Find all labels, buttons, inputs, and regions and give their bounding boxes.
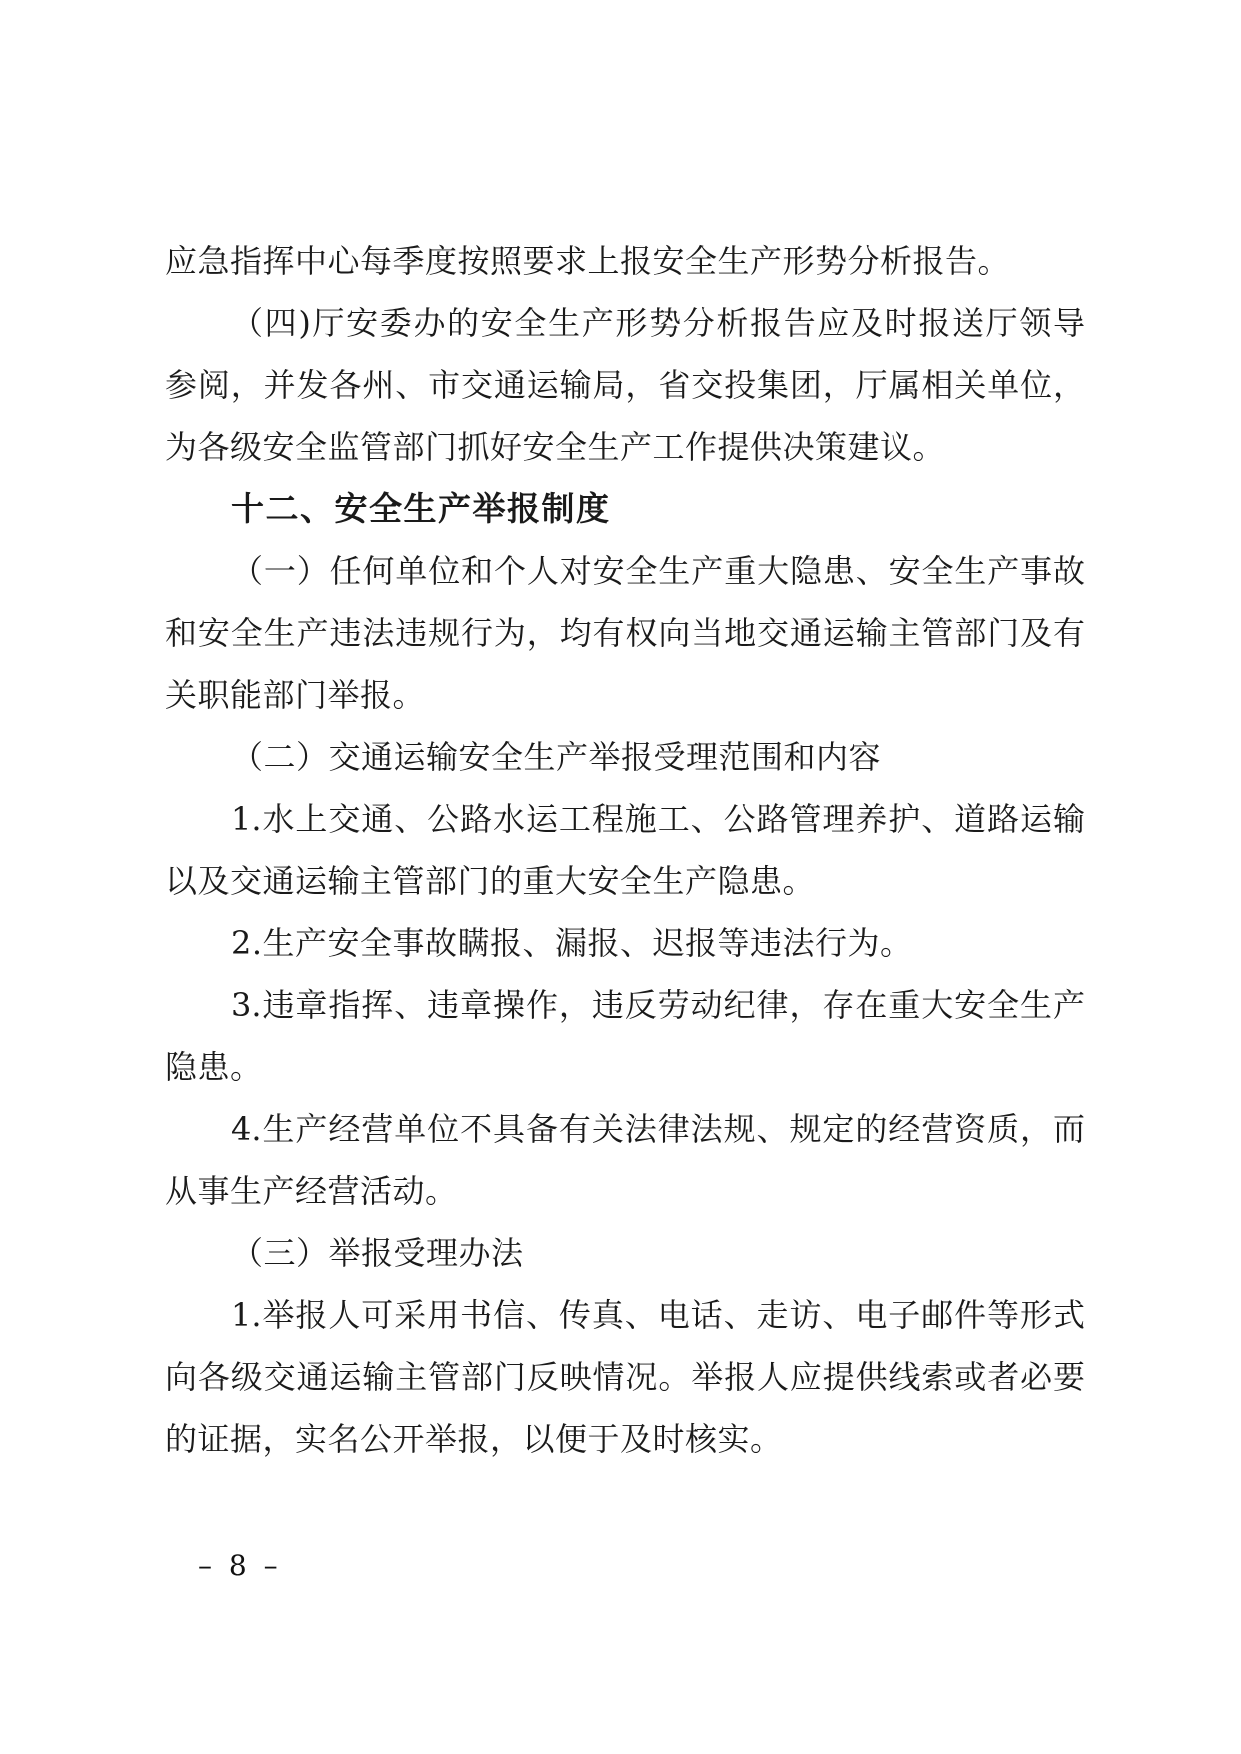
text-line: 1.水上交通、公路水运工程施工、公路管理养护、道路运输 — [165, 788, 1085, 850]
text-line: 关职能部门举报。 — [165, 664, 1085, 726]
page-footer: – 8 – — [198, 1548, 282, 1584]
text-line: （四)厅安委办的安全生产形势分析报告应及时报送厅领导 — [165, 292, 1085, 354]
text-line: 4.生产经营单位不具备有关法律法规、规定的经营资质，而 — [165, 1098, 1085, 1160]
text-line: 2.生产安全事故瞒报、漏报、迟报等违法行为。 — [165, 912, 1085, 974]
text-line: 应急指挥中心每季度按照要求上报安全生产形势分析报告。 — [165, 230, 1085, 292]
text-line: 3.违章指挥、违章操作，违反劳动纪律，存在重大安全生产 — [165, 974, 1085, 1036]
text-line: 和安全生产违法违规行为，均有权向当地交通运输主管部门及有 — [165, 602, 1085, 664]
document-body: 应急指挥中心每季度按照要求上报安全生产形势分析报告。（四)厅安委办的安全生产形势… — [165, 230, 1085, 1470]
text-line: 向各级交通运输主管部门反映情况。举报人应提供线索或者必要 — [165, 1346, 1085, 1408]
text-line: 隐患。 — [165, 1036, 1085, 1098]
text-line: 为各级安全监管部门抓好安全生产工作提供决策建议。 — [165, 416, 1085, 478]
text-line: （二）交通运输安全生产举报受理范围和内容 — [165, 726, 1085, 788]
document-page: 应急指挥中心每季度按照要求上报安全生产形势分析报告。（四)厅安委办的安全生产形势… — [0, 0, 1241, 1754]
text-line: 从事生产经营活动。 — [165, 1160, 1085, 1222]
page-number: – 8 – — [198, 1549, 282, 1582]
text-line: 的证据，实名公开举报，以便于及时核实。 — [165, 1408, 1085, 1470]
text-line: （三）举报受理办法 — [165, 1222, 1085, 1284]
text-line: （一）任何单位和个人对安全生产重大隐患、安全生产事故 — [165, 540, 1085, 602]
text-line: 参阅，并发各州、市交通运输局，省交投集团，厅属相关单位， — [165, 354, 1085, 416]
text-line: 以及交通运输主管部门的重大安全生产隐患。 — [165, 850, 1085, 912]
text-line: 1.举报人可采用书信、传真、电话、走访、电子邮件等形式 — [165, 1284, 1085, 1346]
section-heading: 十二、安全生产举报制度 — [165, 478, 1085, 540]
